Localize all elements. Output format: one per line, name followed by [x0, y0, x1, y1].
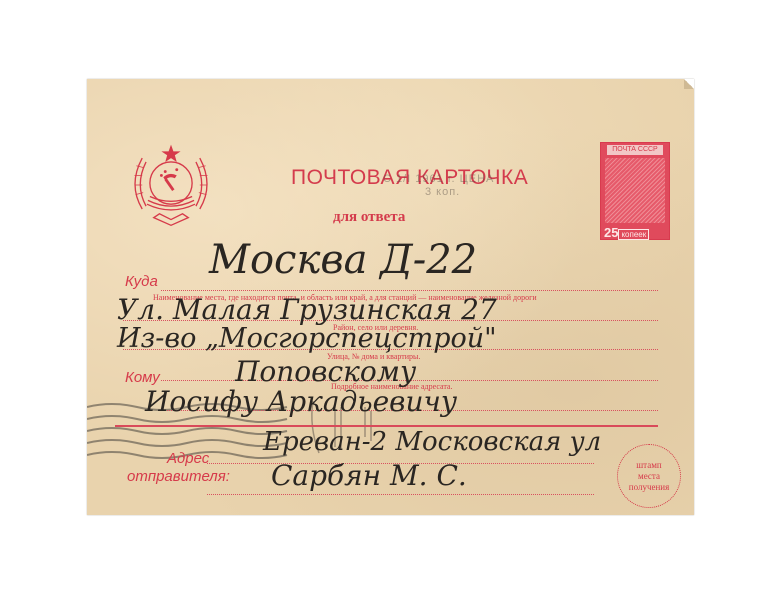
sender-label-line-2: отправителя: — [127, 468, 230, 485]
postcard: ПОЧТОВАЯ КАРТОЧКА для ответа С 1/I 1961 … — [87, 79, 694, 515]
overprint-line-1: С 1/I 1961 г. ЦЕНА — [383, 173, 494, 186]
card-subtitle: для ответа — [333, 209, 405, 226]
street-handwritten: Ул. Малая Грузинская 27 — [117, 293, 497, 326]
to-line — [161, 290, 658, 291]
org-handwritten: Из-во „Мосгорспецстрой" — [117, 323, 497, 354]
sender-name-handwritten: Сарбян М. С. — [271, 459, 467, 492]
sender-line-2 — [207, 494, 594, 495]
stamp-header: ПОЧТА СССР — [607, 145, 663, 155]
sender-address-handwritten: Ереван-2 Московская ул — [263, 427, 601, 457]
sender-label-line-1: Адрес — [167, 450, 209, 467]
to-handwritten: Москва Д-22 — [209, 237, 477, 283]
overprint-line-2: 3 коп. — [383, 186, 494, 199]
stamp-unit: копеек — [618, 229, 649, 240]
postage-stamp: ПОЧТА СССР 25копеек — [600, 142, 670, 240]
receipt-stamp-line-1: штамп — [618, 460, 680, 471]
whom-label: Кому — [125, 369, 160, 386]
whom-handwritten: Поповскому — [235, 355, 416, 388]
stamp-soldier-artwork-icon — [605, 158, 665, 223]
price-overprint: С 1/I 1961 г. ЦЕНА 3 коп. — [383, 173, 494, 199]
receipt-stamp-line-2: места — [618, 471, 680, 482]
ussr-coat-of-arms-icon — [123, 137, 219, 233]
stamp-denomination: 25копеек — [604, 224, 666, 237]
whom-handwritten-2: Иосифу Аркадьевичу — [145, 385, 457, 418]
receipt-stamp-circle: штамп места получения — [617, 444, 681, 508]
stamp-value: 25 — [604, 225, 618, 240]
to-label: Куда — [125, 273, 158, 290]
bent-corner — [684, 79, 694, 89]
receipt-stamp-line-3: получения — [618, 482, 680, 493]
